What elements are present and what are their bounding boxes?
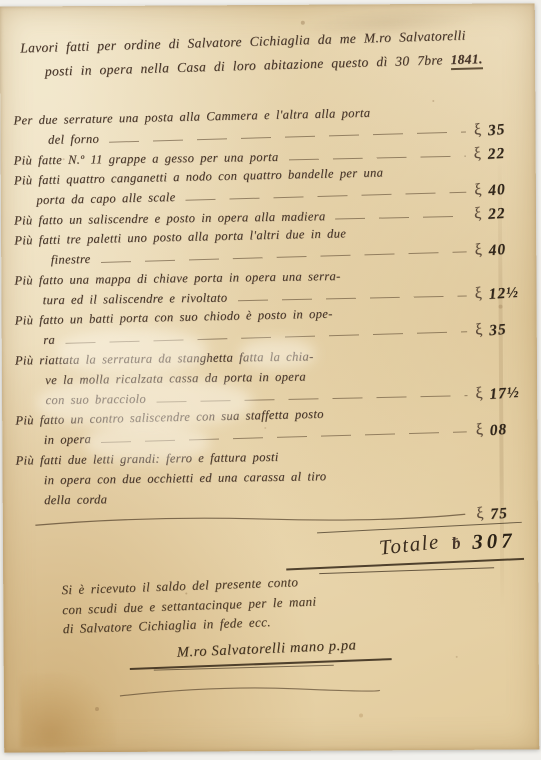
invoice-item: Per due serrature una posta alla Cammera… bbox=[13, 99, 526, 150]
leader-line bbox=[65, 331, 467, 344]
receipt-note: Si è ricevuto il saldo del presente cont… bbox=[61, 572, 317, 639]
total-underline bbox=[286, 558, 524, 571]
total-row: Totale ƀ 307 bbox=[379, 528, 517, 559]
flourish-stroke bbox=[32, 508, 468, 528]
leader-line bbox=[336, 216, 466, 220]
currency-flourish-icon: ξ bbox=[472, 120, 483, 141]
currency-flourish-icon: ξ bbox=[472, 180, 483, 201]
item-amount: 40 bbox=[488, 238, 527, 261]
item-text-line: ra bbox=[15, 330, 55, 351]
currency-flourish-icon: ξ bbox=[474, 420, 485, 441]
document-date: 1841. bbox=[450, 51, 483, 70]
item-text-line: porta da capo alle scale bbox=[14, 187, 176, 211]
leader-line bbox=[101, 431, 467, 443]
item-amount: 08 bbox=[489, 418, 528, 441]
currency-flourish-icon: ξ bbox=[473, 320, 484, 341]
manuscript-paper: Lavori fatti per ordine di Salvatore Cic… bbox=[0, 3, 539, 752]
document-header: Lavori fatti per ordine di Salvatore Cic… bbox=[20, 22, 526, 85]
currency-flourish-icon: ξ bbox=[474, 504, 485, 525]
total-label: Totale bbox=[378, 529, 441, 561]
leader-line bbox=[186, 192, 466, 201]
currency-flourish-icon: ξ bbox=[473, 240, 484, 261]
total-amount: 307 bbox=[472, 528, 516, 555]
item-text-line: del forno bbox=[14, 129, 100, 151]
leader-line bbox=[109, 131, 466, 142]
leader-line bbox=[289, 156, 466, 161]
leader-line bbox=[237, 295, 466, 301]
invoice-item: Più fatti due letti grandi: ferro e fatt… bbox=[15, 443, 528, 530]
manuscript-content: Lavori fatti per ordine di Salvatore Cic… bbox=[0, 3, 539, 752]
item-amount: 35 bbox=[488, 318, 527, 341]
leader-line bbox=[101, 251, 467, 263]
total-underline bbox=[319, 567, 494, 574]
item-text-line: in opera bbox=[16, 429, 92, 451]
currency-flourish-icon: ƀ bbox=[451, 533, 462, 554]
item-amount: 35 bbox=[487, 118, 526, 141]
item-amount: 40 bbox=[488, 178, 527, 201]
item-text-line: finestre bbox=[15, 249, 91, 271]
flourish-stroke bbox=[116, 680, 384, 700]
invoice-item-list: Per due serrature una posta alla Cammera… bbox=[13, 107, 528, 530]
